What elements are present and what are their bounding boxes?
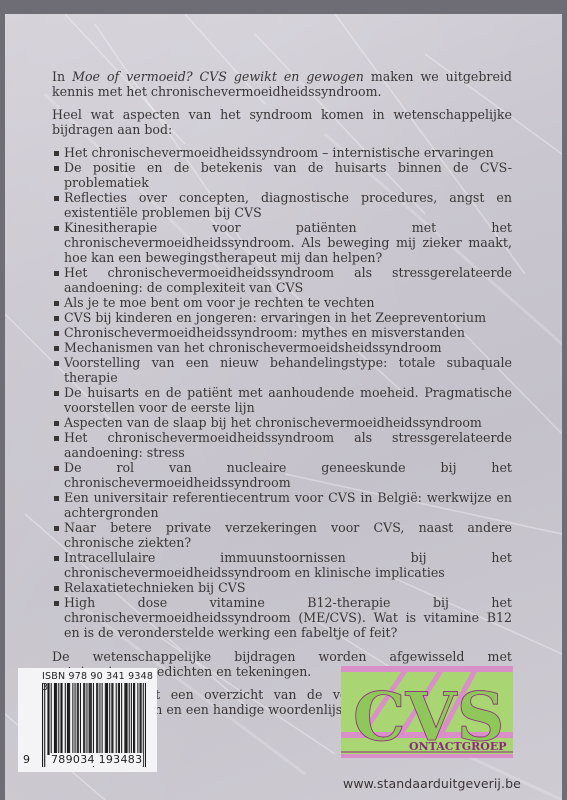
list-item: De rol van nucleaire geneeskunde bij het…	[52, 460, 512, 490]
book-back-cover: In Moe of vermoeid? CVS gewikt en gewoge…	[5, 14, 562, 800]
list-item: Naar betere private verzekeringen voor C…	[52, 520, 512, 550]
book-title: Moe of vermoeid? CVS gewikt en gewogen	[72, 69, 364, 84]
list-item: Relaxatietechnieken bij CVS	[52, 580, 512, 595]
list-item: Reflecties over concepten, diagnostische…	[52, 190, 512, 220]
logo-sub-text: ONTACTGROEP	[409, 740, 506, 753]
list-item: Het chronischevermoeidheidssyndroom – in…	[52, 145, 512, 160]
list-item: Als je te moe bent om voor je rechten te…	[52, 295, 512, 310]
list-intro: Heel wat aspecten van het syndroom komen…	[52, 107, 512, 137]
list-item: High dose vitamine B12-therapie bij het …	[52, 595, 512, 640]
list-item: CVS bij kinderen en jongeren: ervaringen…	[52, 310, 512, 325]
isbn-barcode: ISBN 978 90 341 9348 3 9 789034 193483	[18, 668, 157, 772]
list-item: Intracellulaire immuunstoornissen bij he…	[52, 550, 512, 580]
list-item: Aspecten van de slaap bij het chronische…	[52, 415, 512, 430]
list-item: Mechanismen van het chronischevermoeidsh…	[52, 340, 512, 355]
list-item: Een universitair referentiecentrum voor …	[52, 490, 512, 520]
list-item: Het chronischevermoeidheidssyndroom als …	[52, 265, 512, 295]
list-item: Het chronischevermoeidheidssyndroom als …	[52, 430, 512, 460]
barcode-digits: 789034 193483	[50, 753, 143, 766]
list-item: De huisarts en de patiënt met aanhoudend…	[52, 385, 512, 415]
cvs-contactgroep-logo: CVS ONTACTGROEP	[341, 666, 513, 758]
contributions-list: Het chronischevermoeidheidssyndroom – in…	[52, 145, 512, 640]
barcode-first-digit: 9	[23, 753, 30, 766]
list-item: Kinesitherapie voor patiënten met het ch…	[52, 220, 512, 265]
list-item: De positie en de betekenis van de huisar…	[52, 160, 512, 190]
intro-paragraph: In Moe of vermoeid? CVS gewikt en gewoge…	[52, 69, 512, 99]
list-item: Voorstelling van een nieuw behandelingst…	[52, 355, 512, 385]
blurb-text: In Moe of vermoeid? CVS gewikt en gewoge…	[52, 69, 512, 725]
publisher-url[interactable]: www.standaarduitgeverij.be	[343, 776, 521, 791]
list-item: Chronischevermoeidheidssyndroom: mythes …	[52, 325, 512, 340]
